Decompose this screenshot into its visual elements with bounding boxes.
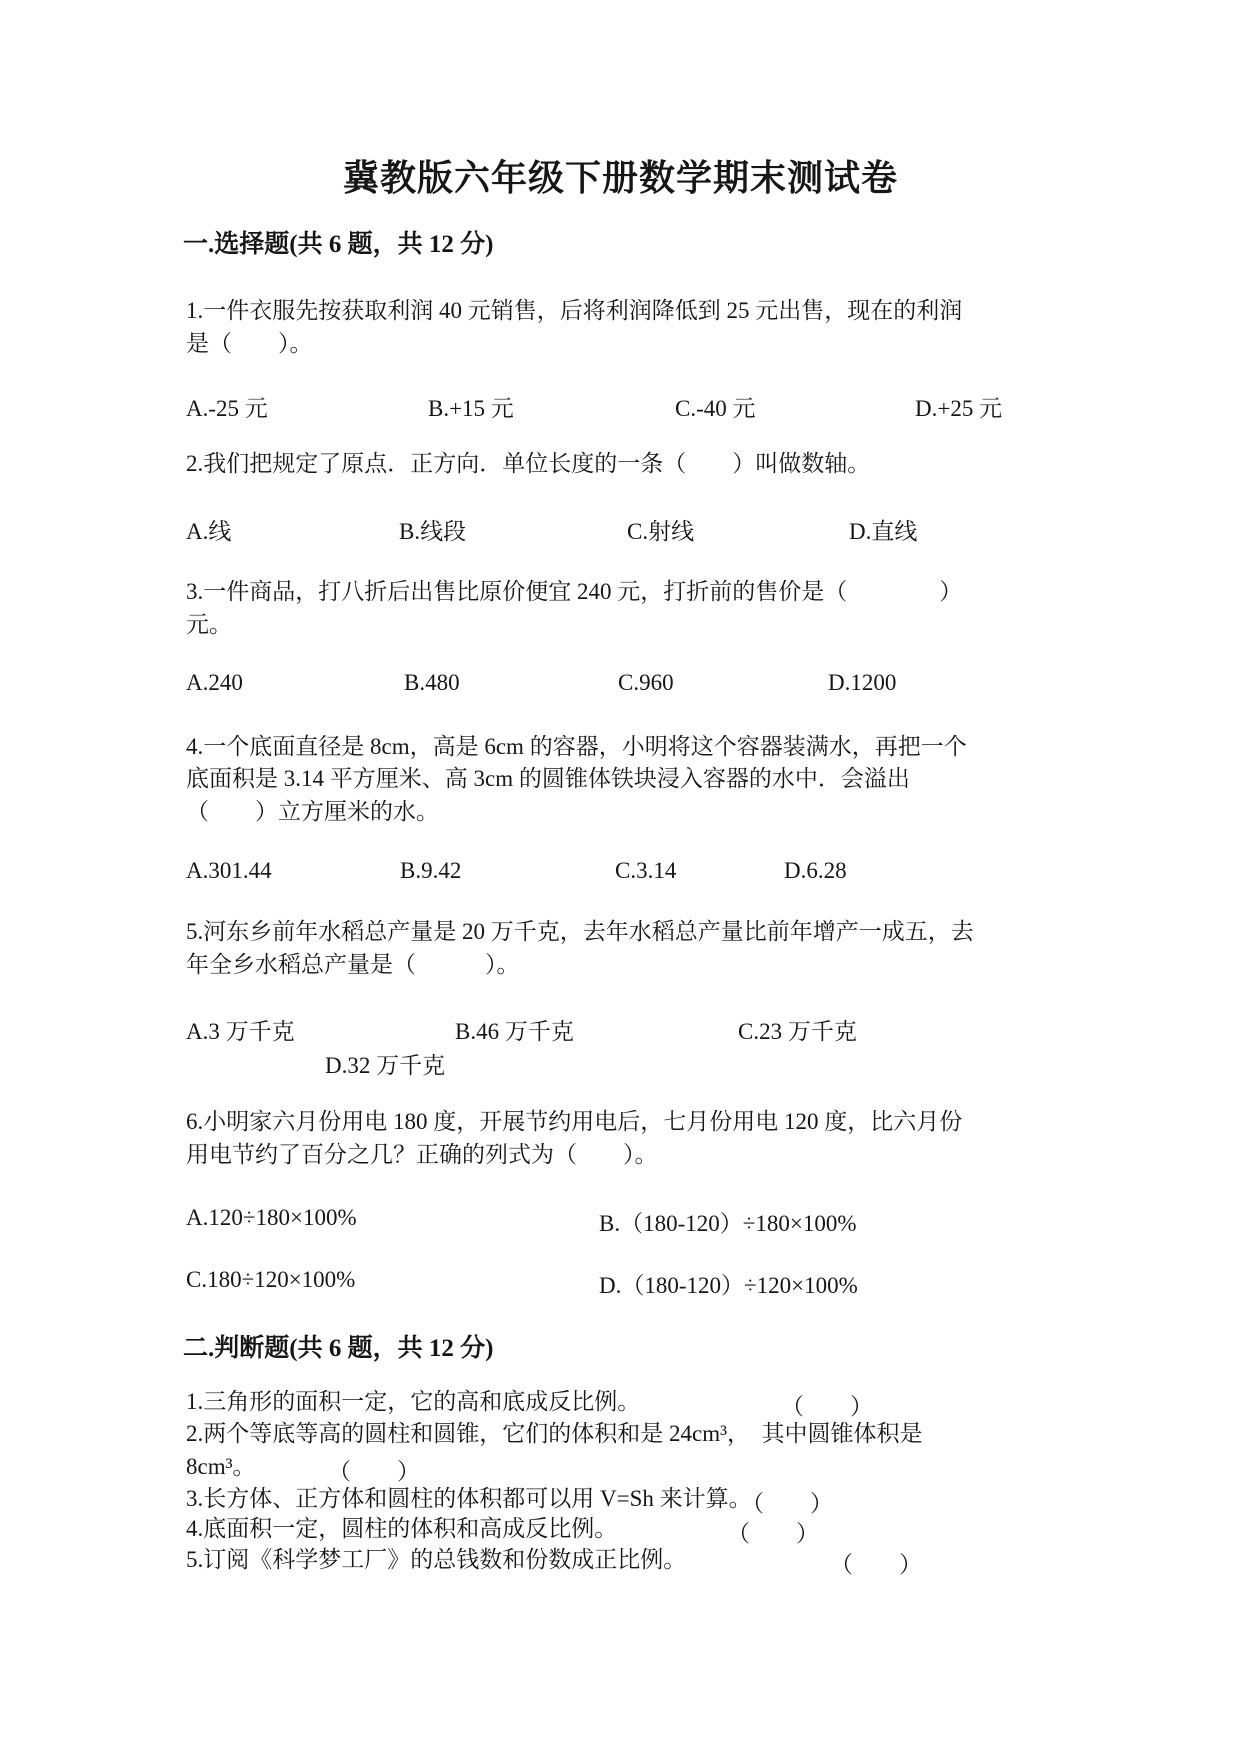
question-1-option-c: C.-40 元 [675, 390, 756, 423]
question-3-line-2: 元。 [186, 611, 232, 639]
question-4-option-c: C.3.14 [615, 858, 676, 884]
question-3-options: A.240 B.480 C.960 D.1200 [0, 670, 1241, 700]
section-2-heading: 二.判断题(共 6 题，共 12 分) [183, 1328, 493, 1364]
judgement-3-text: 3.长方体、正方体和圆柱的体积都可以用 V=Sh 来计算。 [186, 1485, 752, 1513]
judgement-5-blank: （ ） [830, 1546, 922, 1579]
judgement-1-text: 1.三角形的面积一定，它的高和底成反比例。 [186, 1388, 640, 1416]
question-6-line-1: 6.小明家六月份用电 180 度，开展节约用电后，七月份用电 120 度，比六月… [186, 1108, 962, 1136]
question-5-option-d: D.32 万千克 [325, 1047, 445, 1080]
question-6-option-d: D.（180-120）÷120×100% [599, 1267, 858, 1300]
exam-document-page: 冀教版六年级下册数学期末测试卷 一.选择题(共 6 题，共 12 分) 1.一件… [0, 0, 1241, 1755]
question-4-line-1: 4.一个底面直径是 8cm，高是 6cm 的容器，小明将这个容器装满水，再把一个 [186, 733, 967, 761]
question-4-line-2: 底面积是 3.14 平方厘米、高 3cm 的圆锥体铁块浸入容器的水中．会溢出 [186, 765, 910, 793]
question-2-option-c: C.射线 [627, 513, 694, 546]
question-6-option-c: C.180÷120×100% [186, 1267, 355, 1293]
judgement-1-blank: （ ） [781, 1388, 873, 1421]
question-4-option-d: D.6.28 [784, 858, 847, 884]
question-3-line-1: 3.一件商品，打八折后出售比原价便宜 240 元，打折前的售价是（ ） [186, 578, 962, 606]
judgement-2-line-2: 8cm³。 [186, 1453, 256, 1481]
question-6-option-a: A.120÷180×100% [186, 1205, 357, 1231]
question-1-option-a: A.-25 元 [186, 390, 268, 423]
judgement-2-line-1: 2.两个等底等高的圆柱和圆锥，它们的体积和是 24cm³， 其中圆锥体积是 [186, 1420, 923, 1448]
judgement-3-blank: （ ） [741, 1485, 833, 1518]
question-2-option-d: D.直线 [849, 513, 917, 546]
question-4-option-b: B.9.42 [400, 858, 461, 884]
question-1-options: A.-25 元 B.+15 元 C.-40 元 D.+25 元 [0, 390, 1241, 420]
question-1-option-b: B.+15 元 [428, 390, 514, 423]
question-6-option-b: B.（180-120）÷180×100% [599, 1205, 857, 1238]
section-1-heading: 一.选择题(共 6 题，共 12 分) [183, 224, 493, 260]
judgement-4-blank: （ ） [727, 1515, 819, 1548]
judgement-4-text: 4.底面积一定，圆柱的体积和高成反比例。 [186, 1515, 617, 1543]
question-2-option-b: B.线段 [399, 513, 466, 546]
question-6-line-2: 用电节约了百分之几？正确的列式为（ ）。 [186, 1141, 658, 1169]
page-title: 冀教版六年级下册数学期末测试卷 [0, 150, 1241, 201]
judgement-5-text: 5.订阅《科学梦工厂》的总钱数和份数成正比例。 [186, 1546, 686, 1574]
question-6-options-row-1: A.120÷180×100% B.（180-120）÷180×100% [0, 1205, 1241, 1235]
question-5-line-2: 年全乡水稻总产量是（ ）。 [186, 951, 520, 979]
question-1-line-1: 1.一件衣服先按获取利润 40 元销售，后将利润降低到 25 元出售，现在的利润 [186, 297, 962, 325]
question-4-option-a: A.301.44 [186, 858, 272, 884]
question-5-option-a: A.3 万千克 [186, 1013, 295, 1046]
question-1-line-2: 是（ ）。 [186, 330, 313, 358]
question-4-options: A.301.44 B.9.42 C.3.14 D.6.28 [0, 858, 1241, 888]
question-5-option-b: B.46 万千克 [455, 1013, 574, 1046]
question-5-line-1: 5.河东乡前年水稻总产量是 20 万千克，去年水稻总产量比前年增产一成五，去 [186, 918, 974, 946]
question-2-line-1: 2.我们把规定了原点．正方向．单位长度的一条（ ）叫做数轴。 [186, 450, 870, 478]
question-5-option-c: C.23 万千克 [738, 1013, 857, 1046]
question-5-options-row-2: D.32 万千克 [0, 1047, 1241, 1077]
question-1-option-d: D.+25 元 [915, 390, 1002, 423]
judgement-2-blank: （ ） [328, 1453, 420, 1486]
question-3-option-b: B.480 [404, 670, 460, 696]
question-5-options-row-1: A.3 万千克 B.46 万千克 C.23 万千克 [0, 1013, 1241, 1043]
question-4-line-3: （ ）立方厘米的水。 [186, 798, 439, 826]
question-3-option-c: C.960 [618, 670, 674, 696]
question-2-options: A.线 B.线段 C.射线 D.直线 [0, 513, 1241, 543]
question-3-option-d: D.1200 [828, 670, 896, 696]
question-3-option-a: A.240 [186, 670, 243, 696]
question-2-option-a: A.线 [186, 513, 231, 546]
question-6-options-row-2: C.180÷120×100% D.（180-120）÷120×100% [0, 1267, 1241, 1297]
